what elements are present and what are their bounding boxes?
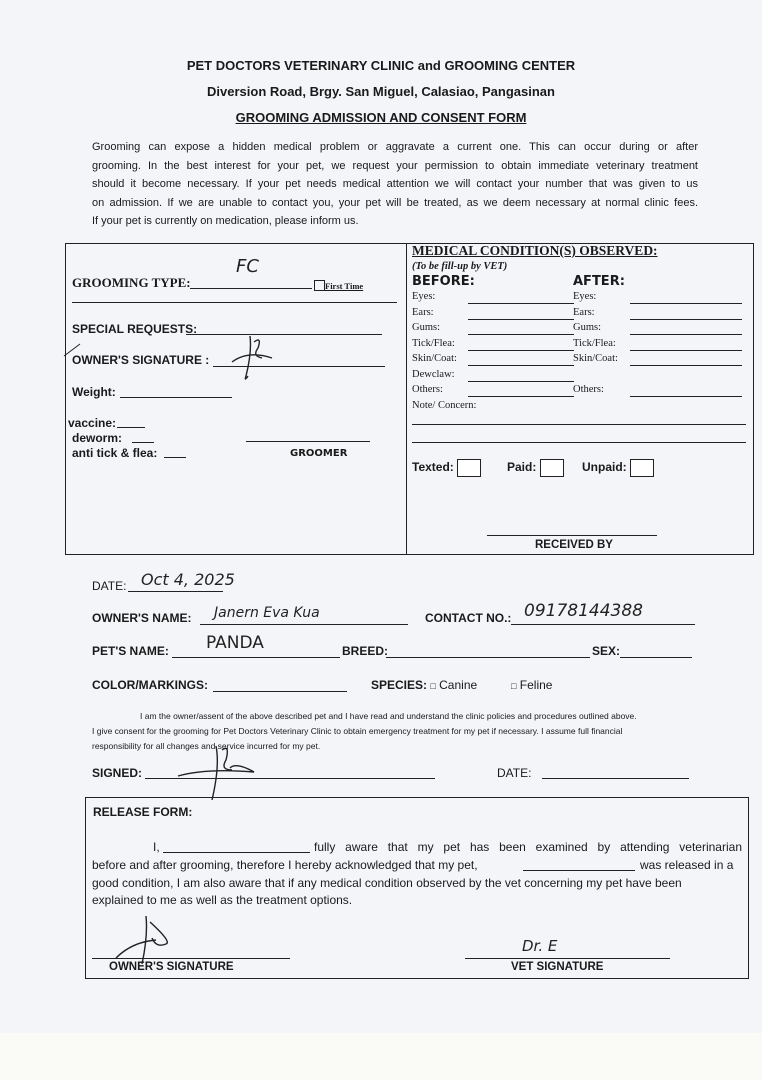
groomer-signature-field[interactable] [246,441,370,442]
species-feline[interactable]: Feline [520,678,553,692]
consent-line: I am the owner/assent of the above descr… [140,711,637,721]
grooming-type-value: FC [236,256,259,277]
paid-label: Paid: [507,460,536,474]
checkmark-icon [62,340,82,360]
received-by-label: RECEIVED BY [535,539,613,551]
deworm-field[interactable] [132,442,154,443]
species-group: SPECIES: □ Canine [371,678,477,692]
anti-tick-label: anti tick & flea: [72,446,157,460]
owner-name-value: Janern Eva Kua [214,605,320,621]
pet-name-label: PET'S NAME: [92,644,169,658]
release-line-2-suffix: was released in a [640,858,733,872]
owner-signature-scribble [228,332,278,384]
release-line-4: explained to me as well as the treatment… [92,893,352,907]
before-field-input[interactable] [468,350,574,351]
date-value: Oct 4, 2025 [141,570,235,589]
release-title: RELEASE FORM: [93,805,192,819]
release-line-1-suffix: fully aware that my pet has been examine… [314,840,742,854]
date-label: DATE: [92,579,126,593]
groomer-label: GROOMER [290,448,347,459]
note-line-2[interactable] [412,442,746,443]
pet-name-field[interactable] [172,657,340,658]
intro-line: should it become necessary. If your pet … [92,175,698,194]
release-line-3: good condition, I am also aware that if … [92,876,682,890]
grooming-type-label: GROOMING TYPE: [72,275,191,291]
before-field-label: Skin/Coat: [412,353,457,364]
unpaid-option[interactable]: Unpaid: [582,459,654,477]
vet-signature-value: Dr. E [522,937,557,955]
contact-value: 09178144388 [524,601,643,621]
vet-signature-field[interactable] [465,958,670,959]
note-line-1[interactable] [412,424,746,425]
before-field-label: Dewclaw: [412,369,455,380]
special-requests-label: SPECIAL REQUESTS: [72,322,197,336]
form-title: GROOMING ADMISSION AND CONSENT FORM [0,110,762,125]
medical-box [405,243,754,555]
anti-tick-field[interactable] [164,457,186,458]
unpaid-checkbox[interactable] [630,459,654,477]
first-time-checkbox[interactable] [314,280,325,291]
clinic-name: PET DOCTORS VETERINARY CLINIC and GROOMI… [0,58,762,73]
unpaid-label: Unpaid: [582,460,627,474]
medical-subtitle: (To be fill-up by VET) [412,261,507,272]
before-field-label: Gums: [412,322,440,333]
consent-signature-scribble [176,742,260,804]
note-label: Note/ Concern: [412,400,476,411]
before-field-input[interactable] [468,334,574,335]
after-field-label: Tick/Flea: [573,338,616,349]
before-field-input[interactable] [468,319,574,320]
canine-checkbox[interactable]: □ [430,681,435,691]
paid-option[interactable]: Paid: [507,459,564,477]
after-label: AFTER: [573,274,625,289]
grooming-type-extra-line[interactable] [72,302,397,303]
medical-title: MEDICAL CONDITION(S) OBSERVED: [412,243,658,259]
first-time-label: First Time [325,281,363,291]
contact-field[interactable] [511,624,695,625]
after-field-input[interactable] [630,365,742,366]
page-bottom-margin [0,1033,762,1080]
release-owner-name-field[interactable] [163,852,310,853]
species-label: SPECIES: [371,678,427,692]
first-time-option[interactable]: First Time [314,277,363,295]
release-line-1-prefix: I, [153,840,160,854]
breed-label: BREED: [342,644,388,658]
before-label: BEFORE: [412,274,475,289]
before-field-input[interactable] [468,381,574,382]
release-owner-signature-scribble [112,912,182,966]
after-field-input[interactable] [630,396,742,397]
after-field-input[interactable] [630,334,742,335]
pet-name-value: PANDA [206,633,264,653]
intro-paragraph: Grooming can expose a hidden medical pro… [92,138,698,231]
release-line-2-prefix: before and after grooming, therefore I h… [92,858,478,872]
consent-line: I give consent for the grooming for Pet … [92,726,622,736]
texted-checkbox[interactable] [457,459,481,477]
before-field-label: Others: [412,384,443,395]
contact-label: CONTACT NO.: [425,611,511,625]
vaccine-label: vaccine: [68,416,116,430]
after-field-label: Others: [573,384,604,395]
vaccine-field[interactable] [117,427,145,428]
signed-label: SIGNED: [92,766,142,780]
consent-date-label: DATE: [497,766,531,780]
before-field-label: Eyes: [412,291,435,302]
special-requests-field[interactable] [186,334,382,335]
intro-line: If your pet is currently on medication, … [92,212,698,231]
breed-field[interactable] [386,657,590,658]
intro-line: Grooming can expose a hidden medical pro… [92,138,698,157]
color-markings-field[interactable] [213,691,347,692]
sex-label: SEX: [592,644,620,658]
after-field-label: Ears: [573,307,595,318]
color-markings-label: COLOR/MARKINGS: [92,678,208,692]
grooming-type-field[interactable] [190,288,312,289]
before-field-label: Tick/Flea: [412,338,455,349]
paid-checkbox[interactable] [540,459,564,477]
after-field-label: Gums: [573,322,601,333]
after-field-input[interactable] [630,303,742,304]
release-owner-signature-label: OWNER'S SIGNATURE [109,961,234,973]
sex-field[interactable] [620,657,692,658]
received-by-field[interactable] [487,535,657,536]
intro-line: on admission. If we are unable to contac… [92,194,698,213]
clinic-address: Diversion Road, Brgy. San Miguel, Calasi… [0,84,762,99]
after-field-input[interactable] [630,350,742,351]
owner-signature-label: OWNER'S SIGNATURE : [72,353,209,367]
weight-field[interactable] [120,397,232,398]
feline-checkbox[interactable]: □ [511,681,516,691]
deworm-label: deworm: [72,431,122,445]
owner-name-label: OWNER'S NAME: [92,611,192,625]
before-field-label: Ears: [412,307,434,318]
texted-option[interactable]: Texted: [412,459,481,477]
after-field-label: Skin/Coat: [573,353,618,364]
after-field-label: Eyes: [573,291,596,302]
intro-line: grooming. In the best interest for your … [92,157,698,176]
texted-label: Texted: [412,460,454,474]
release-pet-name-field[interactable] [523,870,635,871]
vet-signature-label: VET SIGNATURE [511,961,603,973]
species-canine[interactable]: Canine [439,678,477,692]
date-field[interactable] [128,591,223,592]
after-field-input[interactable] [630,319,742,320]
owner-name-field[interactable] [200,624,408,625]
consent-date-field[interactable] [542,778,689,779]
before-field-input[interactable] [468,303,574,304]
species-feline-option[interactable]: □ Feline [511,678,552,692]
before-field-input[interactable] [468,365,574,366]
before-field-input[interactable] [468,396,574,397]
weight-label: Weight: [72,385,116,399]
